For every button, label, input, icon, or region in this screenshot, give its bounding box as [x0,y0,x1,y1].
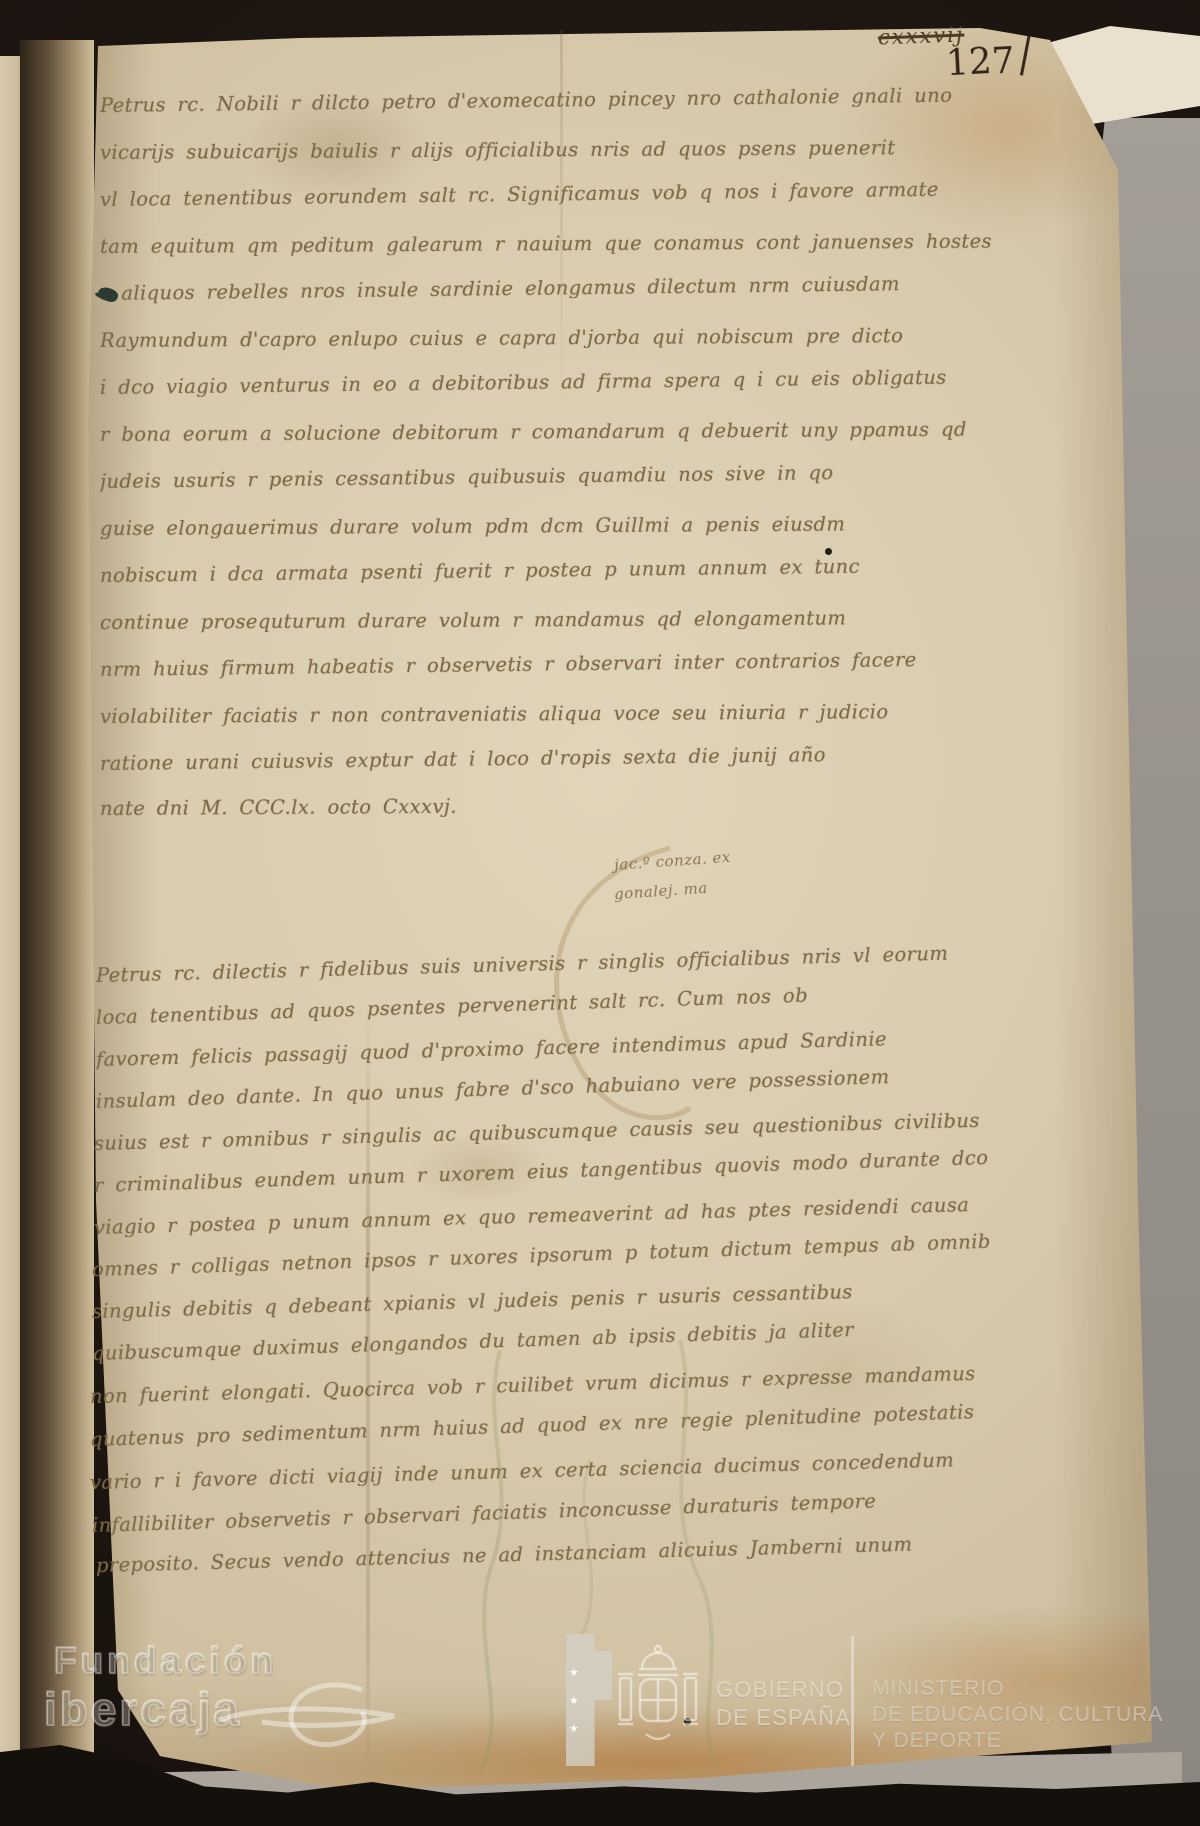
gobierno-line1: GOBIERNO [716,1676,851,1704]
star-icon: ★ [569,1666,579,1679]
star-icon: ★ [569,1694,579,1707]
gobierno-line2: DE ESPAÑA [716,1704,851,1732]
paper-crease [560,30,563,410]
ministerio-watermark-text: MINISTERIO DE EDUCACIÓN, CULTURA Y DEPOR… [872,1676,1163,1754]
page-number: 127 [945,40,1016,85]
ibercaja-swirl-icon [212,1676,402,1754]
ministerio-line2: DE EDUCACIÓN, CULTURA [872,1702,1163,1728]
ministerio-line1: MINISTERIO [872,1676,1163,1702]
ministerio-line3: Y DEPORTE [872,1728,1163,1754]
book-gutter [20,40,94,1776]
star-icon: ★ [569,1722,579,1735]
manuscript-photo: cxxxvij 127 Petrus rc. Nobili r dilcto p… [0,0,1200,1826]
watermark-divider [851,1636,854,1766]
gobierno-watermark-text: GOBIERNO DE ESPAÑA [716,1676,851,1732]
ink-speck [825,548,832,555]
spain-coat-of-arms-icon [612,1642,704,1754]
